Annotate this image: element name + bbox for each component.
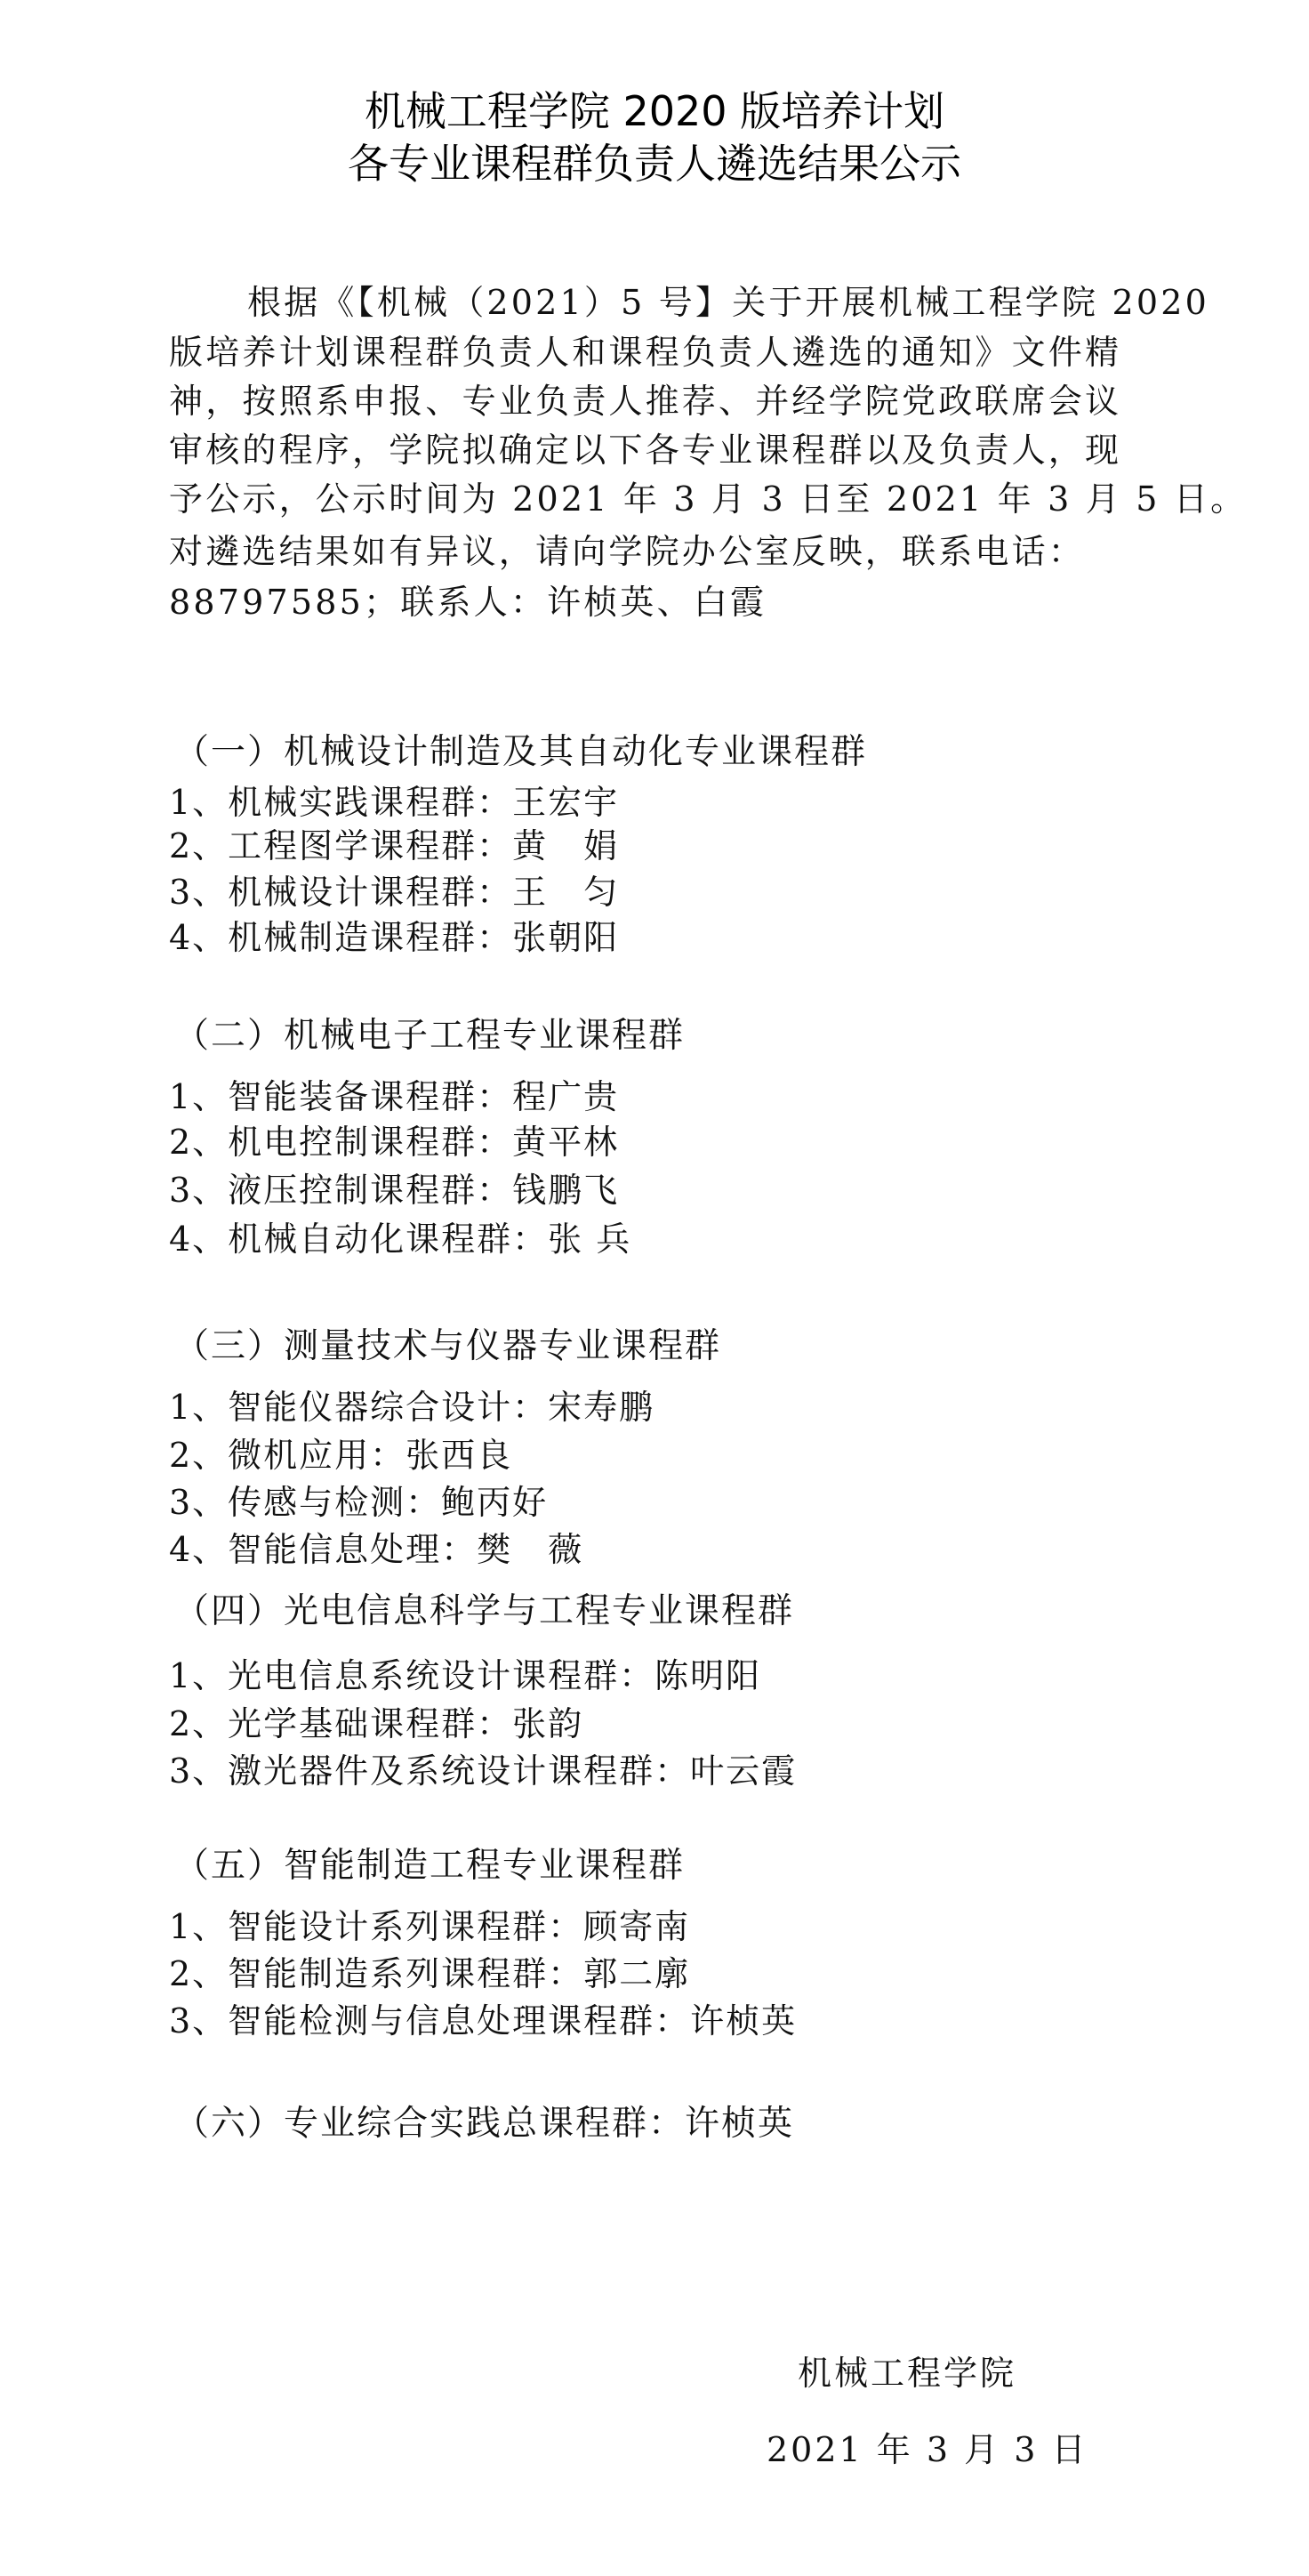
signature-org: 机械工程学院 [798, 2348, 1016, 2398]
list-item: 1、智能装备课程群：程广贵 [169, 1072, 1156, 1122]
section-heading: （五）智能制造工程专业课程群 [174, 1841, 1161, 1891]
document-title-line1: 机械工程学院 2020 版培养计划 [0, 85, 1309, 138]
intro-line: 对遴选结果如有异议，请向学院办公室反映，联系电话： [169, 527, 1156, 576]
list-item: 2、微机应用：张西良 [169, 1430, 1156, 1480]
list-item: 3、液压控制课程群：钱鹏飞 [169, 1165, 1156, 1215]
intro-line: 根据《【机械（2021）5 号】关于开展机械工程学院 2020 [169, 278, 1234, 327]
section-heading: （三）测量技术与仪器专业课程群 [174, 1322, 1161, 1372]
section-heading: （四）光电信息科学与工程专业课程群 [174, 1587, 1161, 1637]
list-item: 3、激光器件及系统设计课程群：叶云霞 [169, 1746, 1156, 1796]
list-item: 2、工程图学课程群：黄 娟 [169, 821, 1156, 871]
intro-line: 予公示，公示时间为 2021 年 3 月 3 日至 2021 年 3 月 5 日… [169, 474, 1156, 524]
list-item: 1、机械实践课程群：王宏宇 [169, 777, 1156, 827]
list-item: 2、光学基础课程群：张韵 [169, 1699, 1156, 1749]
intro-line: 神，按照系申报、专业负责人推荐、并经学院党政联席会议 [169, 376, 1156, 426]
list-item: 3、机械设计课程群：王 匀 [169, 867, 1156, 917]
list-item: 2、机电控制课程群：黄平林 [169, 1117, 1156, 1167]
signature-date: 2021 年 3 月 3 日 [767, 2425, 1088, 2475]
intro-line: 88797585；联系人：许桢英、白霞 [169, 577, 1156, 627]
list-item: 2、智能制造系列课程群：郭二廓 [169, 1949, 1156, 1999]
list-item: 1、智能仪器综合设计：宋寿鹏 [169, 1382, 1156, 1432]
section-heading: （六）专业综合实践总课程群：许桢英 [174, 2099, 1161, 2149]
list-item: 1、智能设计系列课程群：顾寄南 [169, 1902, 1156, 1952]
document-page: 机械工程学院 2020 版培养计划 各专业课程群负责人遴选结果公示 根据《【机械… [0, 0, 1309, 2576]
list-item: 1、光电信息系统设计课程群：陈明阳 [169, 1651, 1156, 1701]
list-item: 4、机械自动化课程群：张 兵 [169, 1214, 1156, 1264]
list-item: 4、机械制造课程群：张朝阳 [169, 913, 1156, 962]
list-item: 3、智能检测与信息处理课程群：许桢英 [169, 1996, 1156, 2046]
intro-line: 审核的程序，学院拟确定以下各专业课程群以及负责人，现 [169, 425, 1156, 475]
section-heading: （一）机械设计制造及其自动化专业课程群 [174, 728, 1161, 777]
list-item: 4、智能信息处理：樊 薇 [169, 1525, 1156, 1574]
list-item: 3、传感与检测：鲍丙好 [169, 1477, 1156, 1527]
section-heading: （二）机械电子工程专业课程群 [174, 1011, 1161, 1061]
intro-line: 版培养计划课程群负责人和课程负责人遴选的通知》文件精 [169, 327, 1156, 377]
document-title-line2: 各专业课程群负责人遴选结果公示 [0, 137, 1309, 190]
